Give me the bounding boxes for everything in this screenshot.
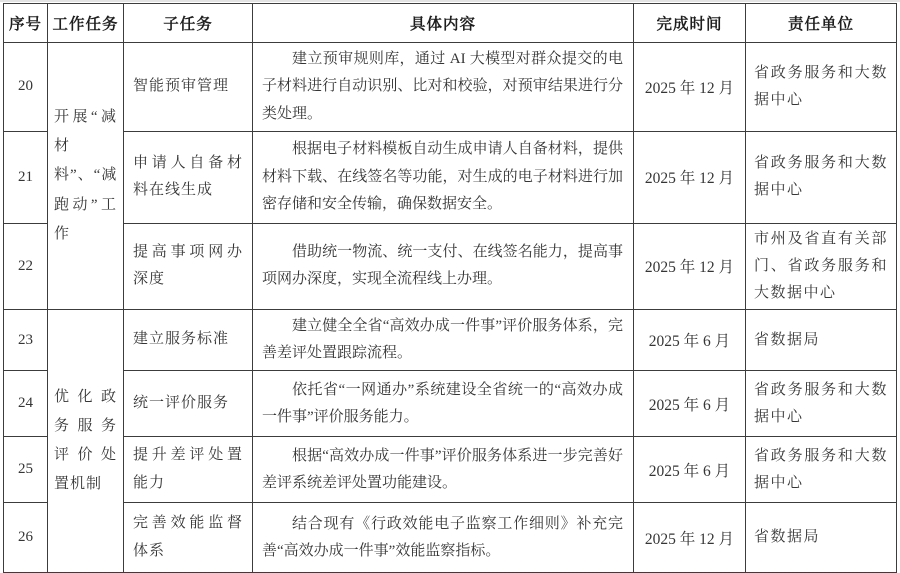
deadline-cell: 2025 年 6 月 xyxy=(634,309,746,371)
subtask-cell: 申请人自备材料在线生成 xyxy=(124,131,253,223)
content-cell: 根据“高效办成一件事”评价服务体系进一步完善好差评系统差评处置功能建设。 xyxy=(253,437,634,503)
page-edge xyxy=(0,0,900,2)
table-row: 22 提高事项网办深度 借助统一物流、统一支付、在线签名能力，提高事项网办深度，… xyxy=(4,223,897,309)
row-number: 22 xyxy=(4,223,48,309)
row-number: 20 xyxy=(4,43,48,132)
content-cell: 建立预审规则库，通过 AI 大模型对群众提交的电子材料进行自动识别、比对和校验，… xyxy=(253,43,634,132)
content-cell: 借助统一物流、统一支付、在线签名能力，提高事项网办深度，实现全流程线上办理。 xyxy=(253,223,634,309)
table-row: 20 开展“减材料”、“减跑动”工作 智能预审管理 建立预审规则库，通过 AI … xyxy=(4,43,897,132)
deadline-cell: 2025 年 12 月 xyxy=(634,223,746,309)
row-number: 26 xyxy=(4,503,48,563)
table-row: 23 优化政务服务评价处置机制 建立服务标准 建立健全全省“高效办成一件事”评价… xyxy=(4,309,897,371)
task-group-cell: 优化政务服务评价处置机制 xyxy=(48,309,124,563)
deadline-cell: 2025 年 6 月 xyxy=(634,437,746,503)
header-subtask: 子任务 xyxy=(124,4,253,43)
subtask-cell: 统一评价服务 xyxy=(124,371,253,437)
table-row: 21 申请人自备材料在线生成 根据电子材料模板自动生成申请人自备材料，提供材料下… xyxy=(4,131,897,223)
row-number: 23 xyxy=(4,309,48,371)
table-row: 24 统一评价服务 依托省“一网通办”系统建设全省统一的“高效办成一件事”评价服… xyxy=(4,371,897,437)
content-cell: 建立健全全省“高效办成一件事”评价服务体系，完善差评处置跟踪流程。 xyxy=(253,309,634,371)
unit-cell: 省政务服务和大数据中心 xyxy=(746,43,897,132)
deadline-cell: 2025 年 12 月 xyxy=(634,503,746,563)
header-content: 具体内容 xyxy=(253,4,634,43)
table-row: 25 提升差评处置能力 根据“高效办成一件事”评价服务体系进一步完善好差评系统差… xyxy=(4,437,897,503)
unit-cell: 省政务服务和大数据中心 xyxy=(746,131,897,223)
subtask-cell: 智能预审管理 xyxy=(124,43,253,132)
deadline-cell: 2025 年 12 月 xyxy=(634,43,746,132)
content-cell: 依托省“一网通办”系统建设全省统一的“高效办成一件事”评价服务能力。 xyxy=(253,371,634,437)
task-group-cell: 开展“减材料”、“减跑动”工作 xyxy=(48,43,124,310)
unit-cell: 市州及省直有关部门、省政务服务和大数据中心 xyxy=(746,223,897,309)
unit-cell: 省政务服务和大数据中心 xyxy=(746,437,897,503)
header-deadline: 完成时间 xyxy=(634,4,746,43)
subtask-cell: 建立服务标准 xyxy=(124,309,253,371)
header-number: 序号 xyxy=(4,4,48,43)
subtask-cell: 提升差评处置能力 xyxy=(124,437,253,503)
content-cell: 结合现有《行政效能电子监察工作细则》补充完善“高效办成一件事”效能监察指标。 xyxy=(253,503,634,563)
header-row: 序号 工作任务 子任务 具体内容 完成时间 责任单位 xyxy=(4,4,897,43)
unit-cell: 省数据局 xyxy=(746,309,897,371)
subtask-cell: 提高事项网办深度 xyxy=(124,223,253,309)
task-schedule-table: 序号 工作任务 子任务 具体内容 完成时间 责任单位 20 开展“减材料”、“减… xyxy=(3,3,897,563)
row-number: 24 xyxy=(4,371,48,437)
header-unit: 责任单位 xyxy=(746,4,897,43)
content-cell: 根据电子材料模板自动生成申请人自备材料，提供材料下载、在线签名等功能，对生成的电… xyxy=(253,131,634,223)
deadline-cell: 2025 年 6 月 xyxy=(634,371,746,437)
unit-cell: 省数据局 xyxy=(746,503,897,563)
row-number: 25 xyxy=(4,437,48,503)
subtask-cell: 完善效能监督体系 xyxy=(124,503,253,563)
deadline-cell: 2025 年 12 月 xyxy=(634,131,746,223)
header-work-task: 工作任务 xyxy=(48,4,124,43)
row-number: 21 xyxy=(4,131,48,223)
unit-cell: 省政务服务和大数据中心 xyxy=(746,371,897,437)
table-row: 26 完善效能监督体系 结合现有《行政效能电子监察工作细则》补充完善“高效办成一… xyxy=(4,503,897,563)
